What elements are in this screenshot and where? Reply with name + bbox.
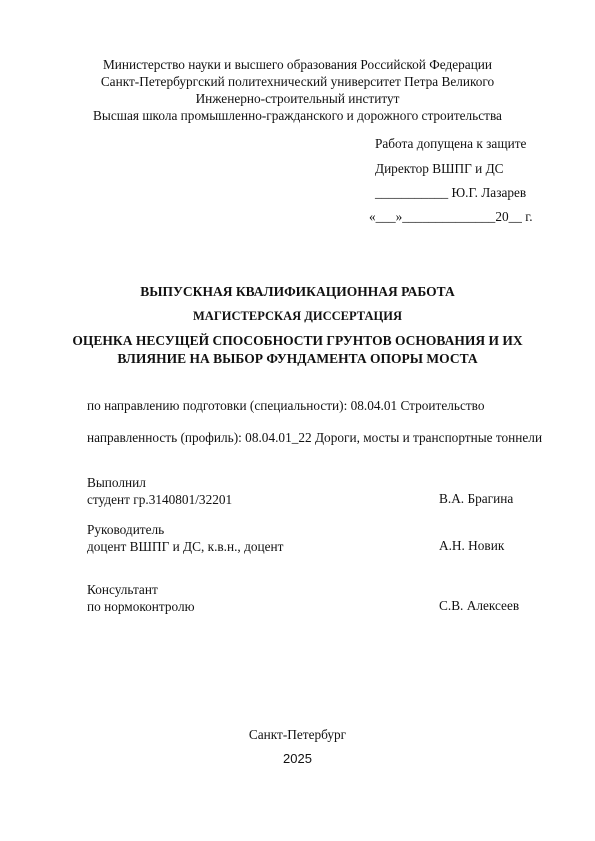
- approval-signature-line: ___________ Ю.Г. Лазарев: [375, 185, 526, 201]
- signature-block-consultant: Консультант по нормоконтролю: [87, 581, 195, 615]
- program-profile: направленность (профиль): 08.04.01_22 До…: [87, 430, 542, 446]
- program-direction: по направлению подготовки (специальности…: [87, 398, 485, 414]
- approval-admitted: Работа допущена к защите: [375, 136, 526, 152]
- work-type-title: ВЫПУСКНАЯ КВАЛИФИКАЦИОННАЯ РАБОТА: [0, 284, 595, 300]
- ministry-line: Министерство науки и высшего образования…: [0, 56, 595, 73]
- signature-role: Консультант: [87, 581, 195, 598]
- thesis-topic-line-2: ВЛИЯНИЕ НА ВЫБОР ФУНДАМЕНТА ОПОРЫ МОСТА: [0, 350, 595, 368]
- organization-header: Министерство науки и высшего образования…: [0, 56, 595, 124]
- approval-date-line: «___»______________20__ г.: [369, 209, 533, 225]
- degree-title: МАГИСТЕРСКАЯ ДИССЕРТАЦИЯ: [0, 309, 595, 324]
- signature-name-student: В.А. Брагина: [439, 491, 513, 507]
- signature-name-consultant: С.В. Алексеев: [439, 598, 519, 614]
- university-line: Санкт-Петербургский политехнический унив…: [0, 73, 595, 90]
- signature-detail: доцент ВШПГ и ДС, к.в.н., доцент: [87, 538, 283, 555]
- year: 2025: [0, 751, 595, 766]
- signature-name-supervisor: А.Н. Новик: [439, 538, 504, 554]
- school-line: Высшая школа промышленно-гражданского и …: [0, 107, 595, 124]
- city: Санкт-Петербург: [0, 727, 595, 743]
- approval-position: Директор ВШПГ и ДС: [375, 161, 504, 177]
- signature-detail: студент гр.3140801/32201: [87, 491, 232, 508]
- signature-role: Руководитель: [87, 521, 283, 538]
- signature-block-student: Выполнил студент гр.3140801/32201: [87, 474, 232, 508]
- signature-block-supervisor: Руководитель доцент ВШПГ и ДС, к.в.н., д…: [87, 521, 283, 555]
- thesis-topic-line-1: ОЦЕНКА НЕСУЩЕЙ СПОСОБНОСТИ ГРУНТОВ ОСНОВ…: [0, 332, 595, 350]
- signature-detail: по нормоконтролю: [87, 598, 195, 615]
- thesis-topic: ОЦЕНКА НЕСУЩЕЙ СПОСОБНОСТИ ГРУНТОВ ОСНОВ…: [0, 332, 595, 367]
- institute-line: Инженерно-строительный институт: [0, 90, 595, 107]
- signature-role: Выполнил: [87, 474, 232, 491]
